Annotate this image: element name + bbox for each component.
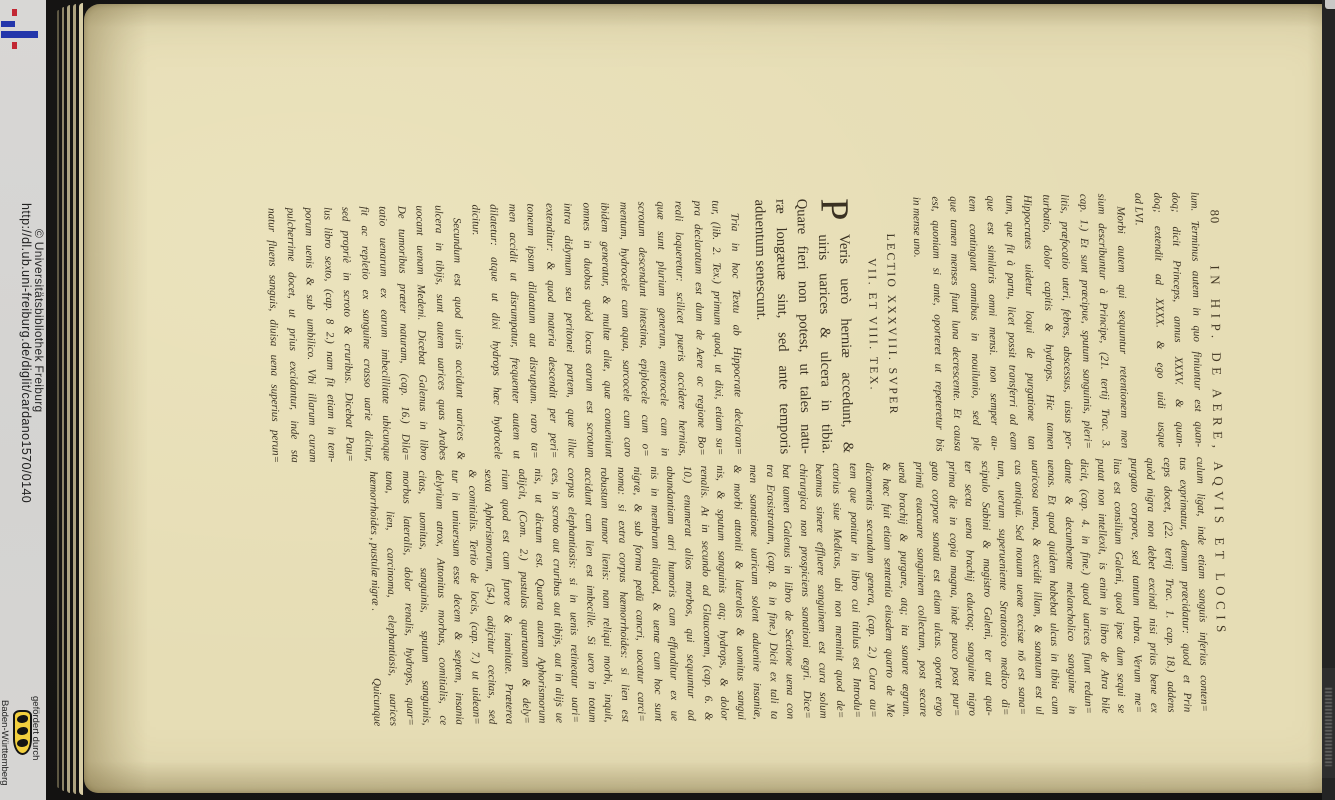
- ub-freiburg-logo-icon: [0, 0, 46, 60]
- text-line: lum. Terminus autem in quo finiuntur est…: [1185, 192, 1208, 447]
- library-sidebar: http://dl.ub.uni-freiburg.de/diglit/card…: [0, 0, 46, 800]
- faint-edge-text-artifact: [1325, 688, 1332, 766]
- book-page: 80 IN HIP. DE AERE, AQVIS ET LOCIS lum. …: [84, 4, 1335, 793]
- lectio-heading-line1: LECTIO XXXVIII. SVPER: [879, 197, 902, 452]
- text-line: Quare fieri non potest, ut tales natu-: [790, 199, 815, 454]
- tex-passage: P Veris uerò herniæ accedunt, &uiris uar…: [748, 198, 857, 455]
- book-scan-area: 80 IN HIP. DE AERE, AQVIS ET LOCIS lum. …: [46, 0, 1335, 800]
- page-stack-edge: [73, 4, 76, 794]
- left-column-lines-2: Tria in hoc Textu ab Hippocrate declaran…: [262, 200, 747, 463]
- left-text-column: lum. Terminus autem in quo finiuntur est…: [262, 192, 1207, 463]
- drop-cap-initial: P: [813, 198, 855, 221]
- right-text-column: culum ligat, inde etiam sanguis inferius…: [364, 457, 1212, 727]
- logo-blue-bar-long: [1, 31, 38, 38]
- funding-text: gefördert durch: [30, 696, 41, 760]
- right-column-lines: culum ligat, inde etiam sanguis inferius…: [381, 457, 1213, 726]
- logo-red-square-top: [12, 9, 17, 16]
- text-line: aduentum senescunt.: [748, 199, 773, 454]
- text-line: uiris uarices & ulcera in tibia.: [811, 198, 836, 453]
- source-url-text: http://dl.ub.uni-freiburg.de/diglit/card…: [19, 203, 33, 503]
- text-line: hæmorrhoides , pustulæ nigræ .: [364, 471, 383, 611]
- funding-region-text: Baden-Württemberg: [0, 700, 10, 786]
- rotated-page-content: 80 IN HIP. DE AERE, AQVIS ET LOCIS lum. …: [78, 4, 1319, 800]
- tex-lines: Veris uerò herniæ accedunt, &uiris uaric…: [748, 198, 857, 455]
- text-line: Tria in hoc Textu ab Hippocrate declaran…: [725, 200, 748, 455]
- page-stack-edge: [67, 5, 70, 793]
- faint-edge-area: [1322, 668, 1335, 778]
- logo-red-square-bottom: [12, 42, 17, 49]
- lion-icon: [17, 715, 28, 723]
- logo-blue-bar-short: [1, 21, 15, 27]
- lion-icon: [17, 727, 28, 735]
- lion-icon: [17, 739, 28, 747]
- text-line: ræ longæuæ sint, sed ante temporis: [769, 199, 794, 454]
- page-stack-edge: [57, 10, 59, 788]
- right-edge-strip: [1322, 0, 1335, 800]
- page-stack-edge: [62, 7, 64, 791]
- copyright-text: © Universitätsbibliothek Freiburg: [32, 229, 46, 412]
- left-column-lines-1: lum. Terminus autem in quo finiuntur est…: [907, 192, 1207, 452]
- text-line: Veris uerò herniæ accedunt, &: [832, 198, 857, 453]
- corner-sliver-artifact: [1325, 0, 1335, 9]
- catchword: Quicunque: [368, 678, 385, 727]
